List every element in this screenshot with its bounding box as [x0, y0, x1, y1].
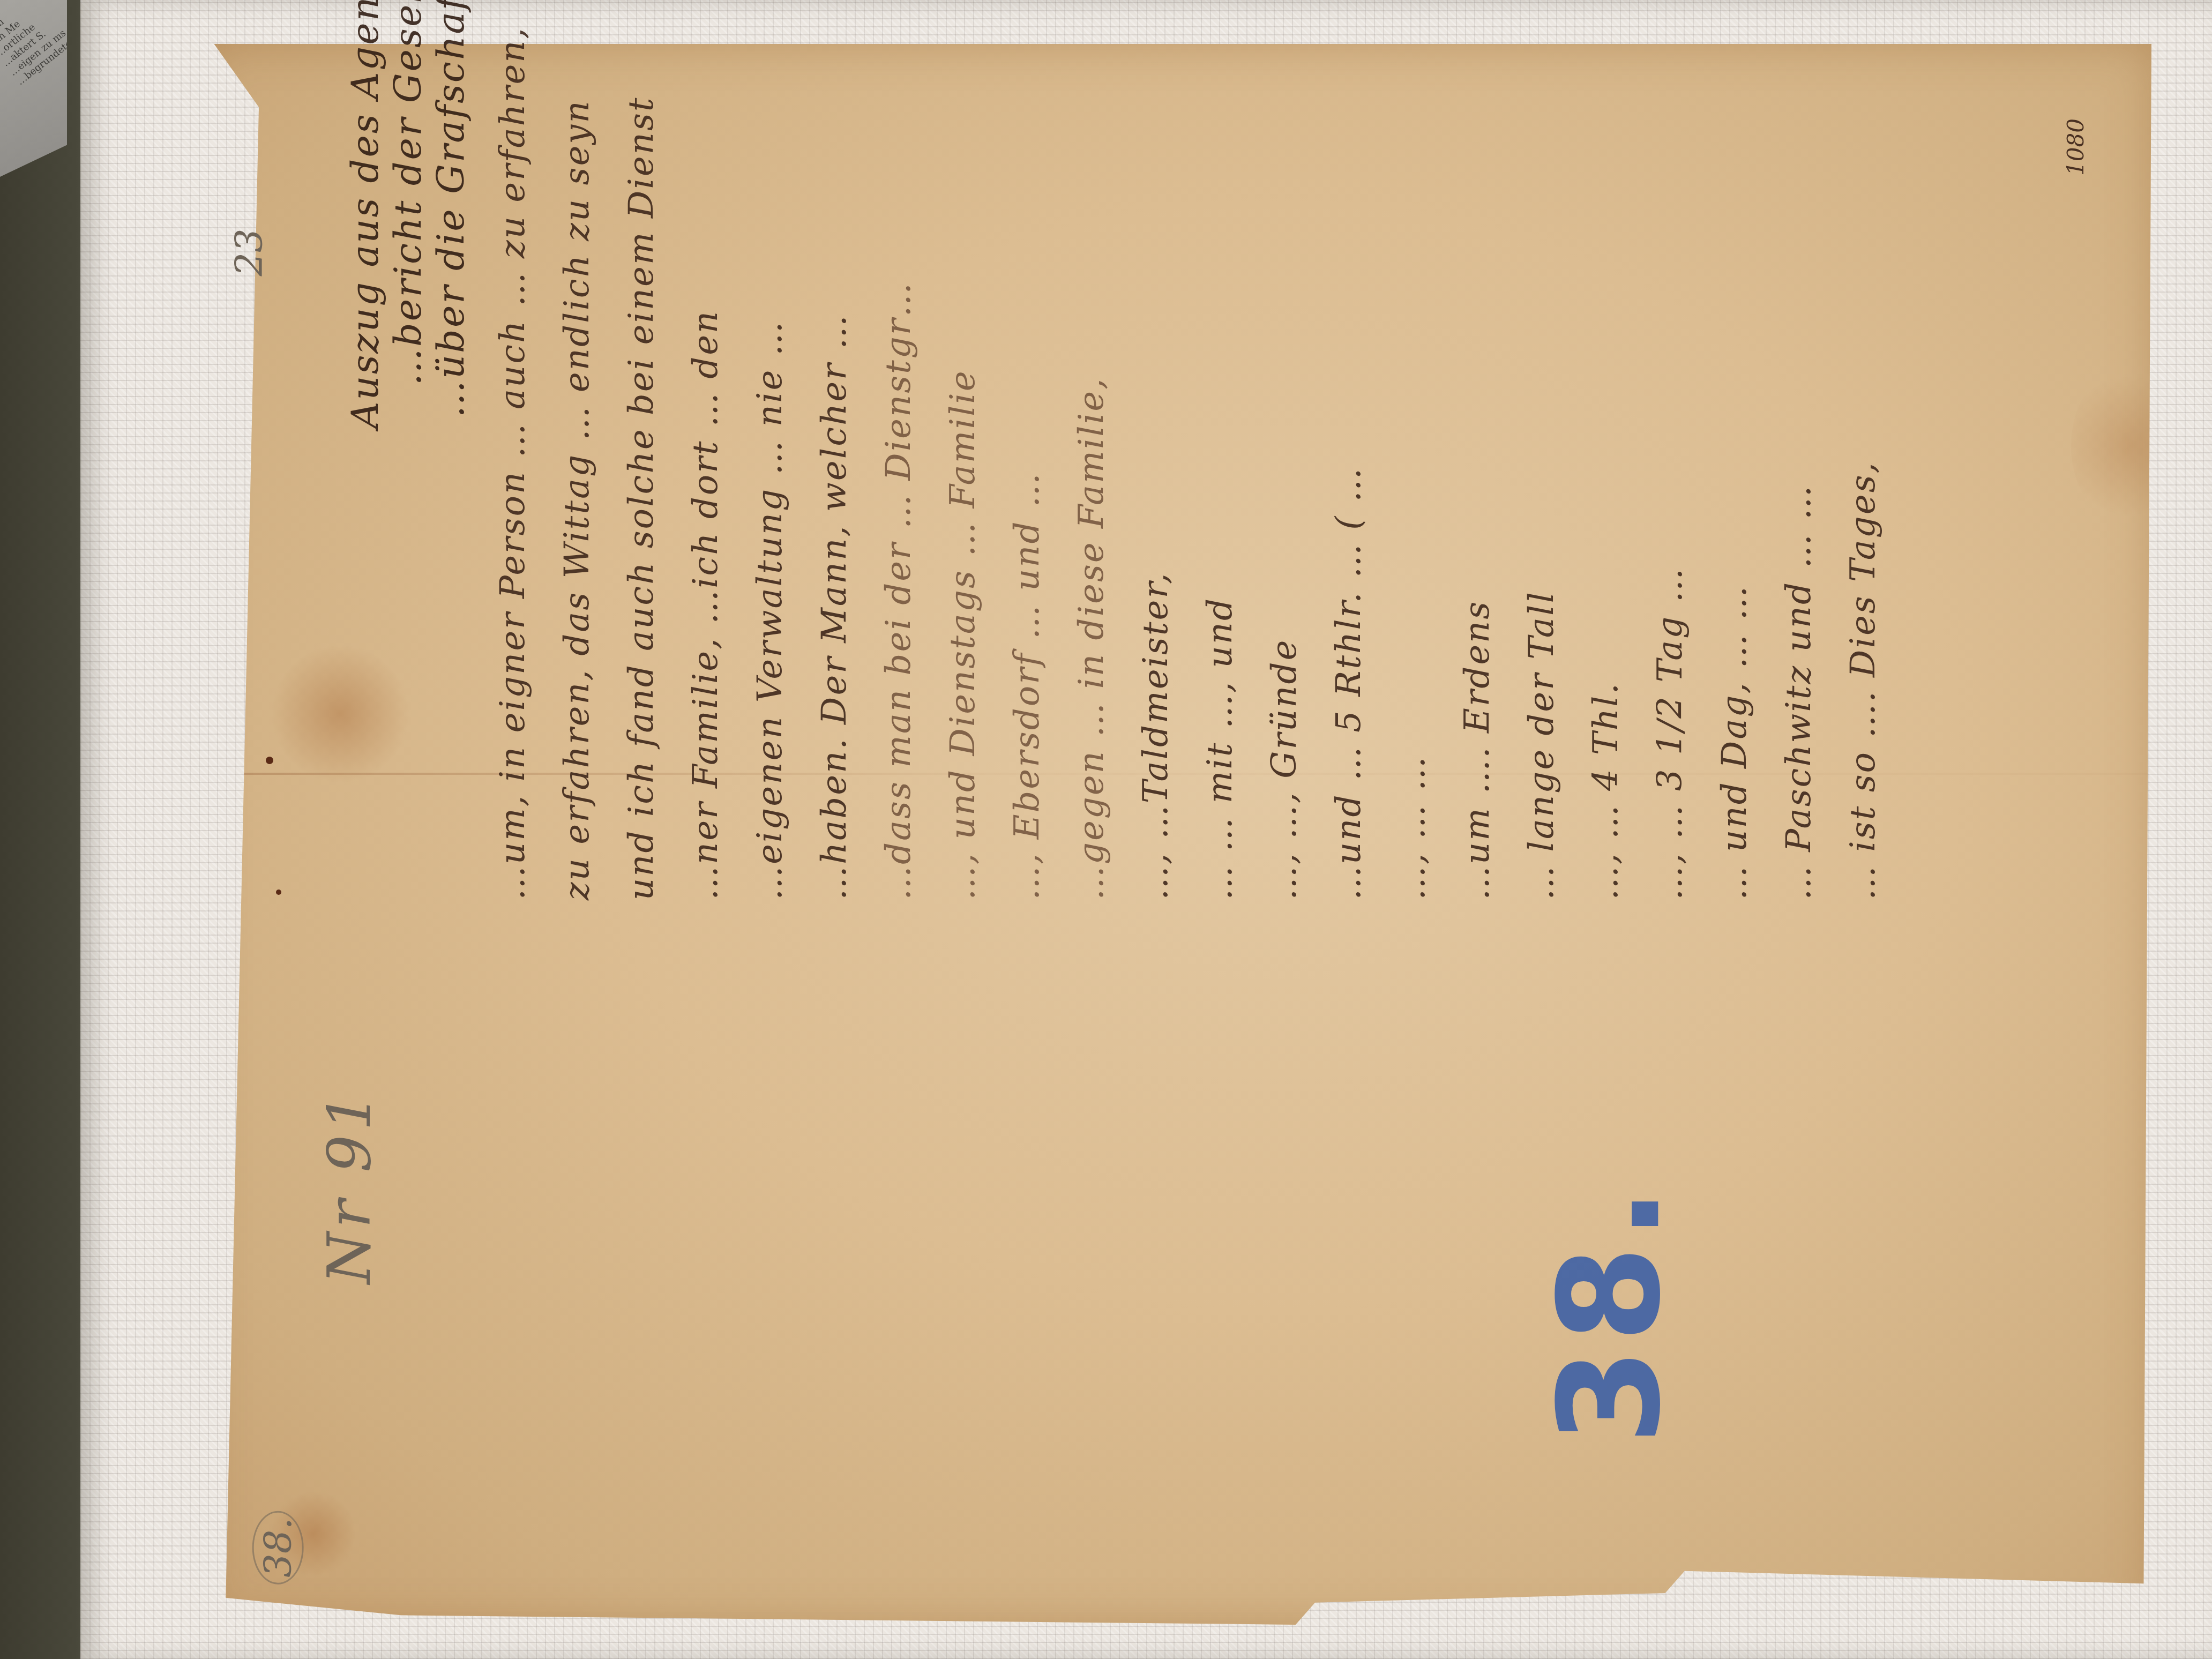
text-line: …, und Dienstags … Familie [943, 369, 991, 900]
text-line: …eigenen Verwaltung … nie … [750, 320, 798, 900]
heading-line: …über die Grafschaft Oberlausitz … [429, 0, 477, 418]
text-line: …gegen … in diese Familie, [1072, 377, 1120, 900]
text-line: …haben. Der Mann, welcher … [814, 313, 863, 900]
archive-number-annotation: Nr 91 [315, 1089, 384, 1284]
text-line: … … mit …, und [1200, 597, 1249, 900]
text-line: …, …, Gründe [1265, 639, 1313, 900]
heading-line: Auszug aus des Agent… [343, 0, 391, 429]
text-line: … ist so …. Dies Tages, [1843, 461, 1892, 900]
page-number-annotation: 23 [227, 228, 271, 276]
text-line: …, Ebersdorf … und … [1007, 472, 1056, 900]
text-line: …, … 3 1/2 Tag … [1650, 566, 1699, 900]
text-line: …, … 4 Thl. [1586, 682, 1634, 900]
text-line: …um …. Erdens [1458, 600, 1506, 900]
text-line: und ich fand auch solche bei einem Diens… [622, 96, 670, 900]
text-line: … lange der Tall [1522, 591, 1570, 900]
blue-crayon-number: 38. [1529, 1182, 1691, 1445]
text-line: … Paschwitz und … … [1779, 484, 1827, 900]
ink-dot [266, 757, 273, 764]
text-line: …und … 5 Rthlr. … ( … [1329, 466, 1377, 900]
heading-line: …bericht der Gesellschaft … [386, 0, 434, 386]
text-line: …, … … [1393, 755, 1441, 900]
corner-note: 1080 [2062, 118, 2089, 176]
text-line: …ner Familie, …ich dort … den [686, 310, 734, 900]
label-slip-text: …sch …in Me …ortliche …aktert S. …eigen … [0, 0, 67, 88]
text-line: … und Dag, … … [1715, 584, 1763, 900]
text-line: …, …Taldmeister, [1136, 572, 1184, 900]
text-line: …dass man bei der … Dienstgr… [879, 281, 927, 900]
text-line: zu erfahren, das Wittag … endlich zu sey… [557, 99, 606, 900]
circled-number-annotation: 38. [252, 1511, 304, 1584]
text-line: …um, in eigner Person … auch … zu erfahr… [493, 26, 541, 900]
handwritten-text-block: Auszug aus des Agent… …bericht der Gesel… [279, 96, 2058, 900]
